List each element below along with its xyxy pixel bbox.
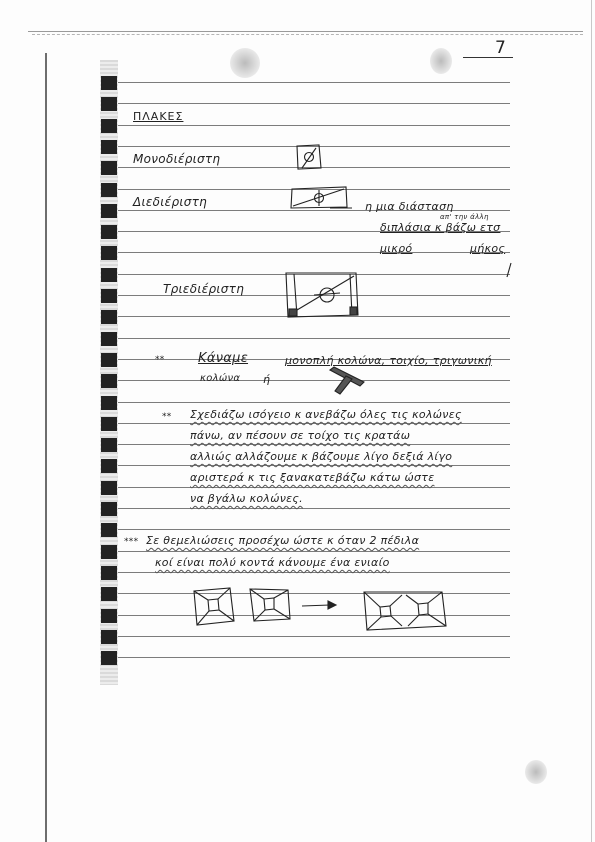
one-way-slab-sketch: [295, 144, 325, 170]
note-text: μονοπλή κολώνα, τοιχίο, τριγωνική: [285, 355, 492, 366]
bullet-marker: **: [155, 356, 165, 365]
binding-ring: [101, 353, 117, 367]
ruled-line: [118, 252, 510, 253]
binding-ring: [101, 566, 117, 580]
ruled-line: [118, 338, 510, 339]
binding-ring: [101, 246, 117, 260]
binding-ring: [101, 502, 117, 516]
note-text: πάνω, αν πέσουν σε τοίχο τις κρατάω: [190, 430, 410, 441]
binding-ring: [101, 481, 117, 495]
binding-ring: [101, 268, 117, 282]
binding-ring: [101, 289, 117, 303]
ruled-line: [118, 423, 510, 424]
note-text: αριστερά κ τις ξανακατεβάζω κάτω ώστε: [190, 472, 434, 483]
page-margin-line: [45, 53, 47, 842]
note-text: κολώνα: [200, 374, 240, 384]
two-separate-footings-sketch: [192, 587, 312, 629]
binding-ring: [101, 459, 117, 473]
side-note-superscript: απ' την άλλη: [440, 214, 489, 221]
ruled-line: [118, 508, 510, 509]
binding-ring: [101, 630, 117, 644]
two-way-slab-sketch: [290, 186, 350, 210]
binding-ring: [101, 587, 117, 601]
binding-ring: [101, 609, 117, 623]
binding-ring: [101, 76, 117, 90]
binding-ring: [101, 97, 117, 111]
ruled-line: [118, 103, 510, 104]
page-top-edge-shadow: [32, 34, 583, 35]
ruled-line: [118, 487, 510, 488]
ruled-line: [118, 125, 510, 126]
side-note-line: διπλάσια κ βάζω ετσ: [380, 222, 500, 233]
binding-ring: [101, 396, 117, 410]
slab-type-label: Τριεδιέριστη: [163, 283, 244, 295]
bullet-marker: ***: [124, 538, 138, 547]
page-top-edge: [28, 31, 583, 32]
slab-type-label: Διεδιέριστη: [133, 196, 207, 208]
scan-smudge: [230, 48, 260, 78]
page-right-edge: [591, 0, 592, 842]
scan-smudge: [525, 760, 547, 784]
note-text: αλλιώς αλλάζουμε κ βάζουμε λίγο δεξιά λί…: [190, 451, 452, 462]
page-number-underline: [463, 57, 513, 58]
side-note-line: μικρό: [380, 243, 412, 254]
note-text: Κάναμε: [198, 352, 248, 365]
binding-ring: [101, 183, 117, 197]
binding-ring: [101, 545, 117, 559]
side-note-line: η μια διάσταση: [365, 201, 454, 212]
note-text: Σε θεμελιώσεις προσέχω ώστε κ όταν 2 πέδ…: [146, 535, 419, 546]
side-note-line: μήκος: [470, 243, 505, 254]
bullet-marker: **: [162, 413, 172, 422]
binding-ring: [101, 417, 117, 431]
note-text: κοί είναι πολύ κοντά κάνουμε ένα ενιαίο: [155, 557, 390, 568]
ruled-line: [118, 82, 510, 83]
ruled-line: [118, 380, 510, 381]
binding-ring: [101, 204, 117, 218]
ruled-line: [118, 402, 510, 403]
binding-ring: [101, 161, 117, 175]
three-way-slab-sketch: [284, 271, 364, 319]
note-text: ή: [263, 374, 270, 385]
note-text: να βγάλω κολώνες.: [190, 493, 303, 504]
ruled-line: [118, 572, 510, 573]
margin-stroke: [506, 262, 512, 278]
binding-ring: [101, 374, 117, 388]
combined-footing-sketch: [362, 590, 457, 632]
cross-column-sketch: [328, 366, 368, 396]
ruled-line: [118, 444, 510, 445]
binding-ring: [101, 332, 117, 346]
binding-ring: [101, 140, 117, 154]
ruled-line: [118, 529, 510, 530]
ruled-line: [118, 657, 510, 658]
slab-type-label: Μονοδιέριστη: [133, 153, 220, 165]
scan-smudge: [430, 48, 452, 74]
binding-ring: [101, 438, 117, 452]
binding-ring: [101, 119, 117, 133]
ruled-line: [118, 465, 510, 466]
binding-ring: [101, 310, 117, 324]
arrow-right-icon: [300, 598, 340, 614]
ruled-line: [118, 636, 510, 637]
ruled-line: [118, 551, 510, 552]
notes-title: ΠΛΑΚΕΣ: [133, 111, 183, 122]
note-text: Σχεδιάζω ισόγειο κ ανεβάζω όλες τις κολώ…: [190, 409, 462, 420]
binding-ring: [101, 651, 117, 665]
page-number: 7: [495, 40, 506, 57]
binding-ring: [101, 523, 117, 537]
binding-ring: [101, 225, 117, 239]
